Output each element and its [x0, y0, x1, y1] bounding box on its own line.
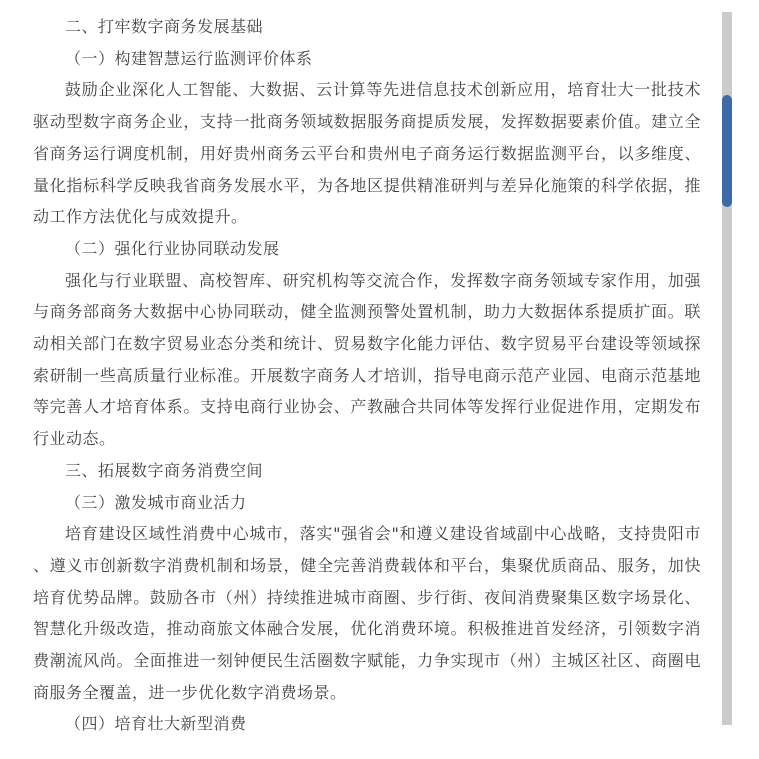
document-heading: （四）培育壮大新型消费 — [33, 708, 701, 740]
document-page: 二、打牢数字商务发展基础（一）构建智慧运行监测评价体系鼓励企业深化人工智能、大数… — [0, 0, 759, 759]
document-content: 二、打牢数字商务发展基础（一）构建智慧运行监测评价体系鼓励企业深化人工智能、大数… — [33, 11, 701, 740]
vertical-scrollbar-track[interactable] — [722, 12, 732, 725]
document-heading: 三、拓展数字商务消费空间 — [33, 455, 701, 487]
document-paragraph: 强化与行业联盟、高校智库、研究机构等交流合作，发挥数字商务领域专家作用，加强与商… — [33, 265, 701, 455]
document-paragraph: 培育建设区域性消费中心城市，落实"强省会"和遵义建设省域副中心战略，支持贵阳市、… — [33, 518, 701, 708]
document-heading: （一）构建智慧运行监测评价体系 — [33, 43, 701, 75]
document-paragraph: 鼓励企业深化人工智能、大数据、云计算等先进信息技术创新应用，培育壮大一批技术驱动… — [33, 74, 701, 233]
document-heading: 二、打牢数字商务发展基础 — [33, 11, 701, 43]
document-heading: （二）强化行业协同联动发展 — [33, 233, 701, 265]
document-heading: （三）激发城市商业活力 — [33, 487, 701, 519]
vertical-scrollbar-thumb[interactable] — [722, 95, 732, 207]
